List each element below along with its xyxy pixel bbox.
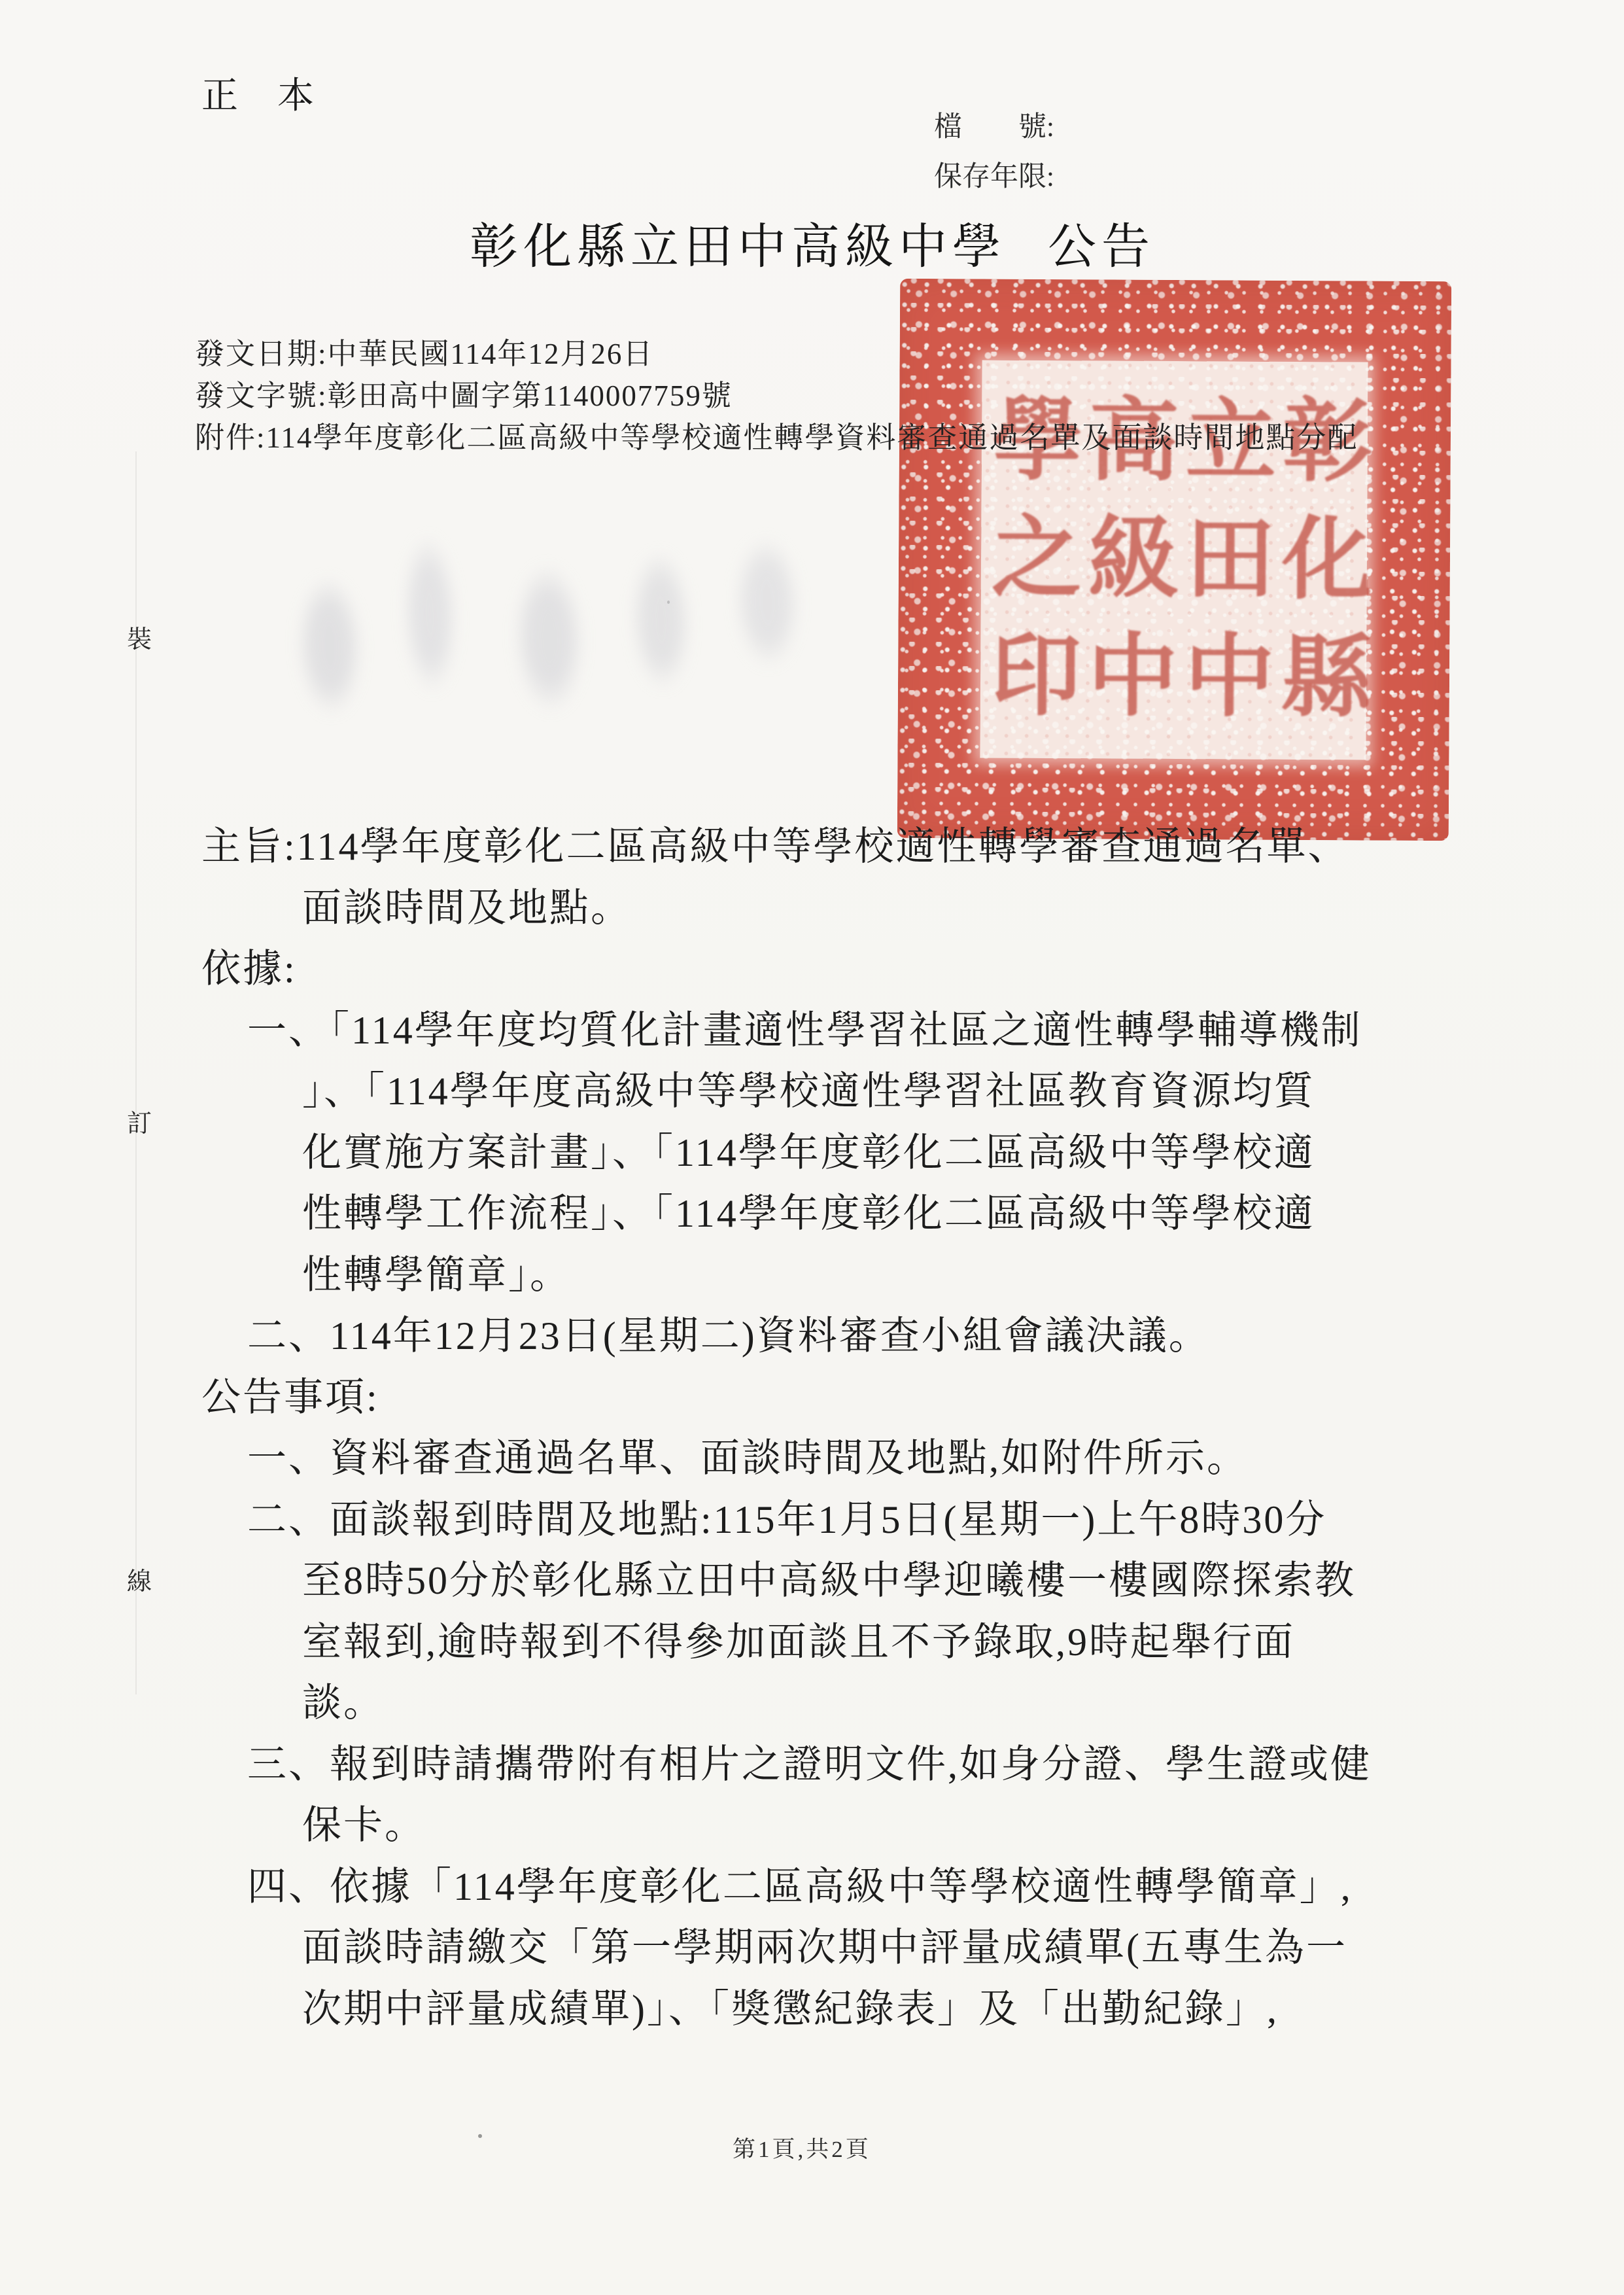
body-line: 性轉學工作流程」、「114學年度彰化二區高級中等學校適 bbox=[0, 1183, 1624, 1245]
document-title: 彰化縣立田中高級中學公告 bbox=[470, 208, 1155, 277]
body-line: 性轉學簡章」。 bbox=[0, 1245, 1624, 1306]
document-type: 公告 bbox=[1048, 220, 1155, 274]
body-line: 」、「114學年度高級中等學校適性學習社區教育資源均質 bbox=[0, 1061, 1624, 1123]
body-line: 面談時間及地點。 bbox=[0, 878, 1624, 939]
copy-type-label: 正 本 bbox=[201, 67, 315, 119]
body-line: 化實施方案計畫」、「114學年度彰化二區高級中等學校適 bbox=[0, 1123, 1624, 1184]
body-line: 次期中評量成績單)」、「獎懲紀錄表」及「出勤紀錄」, bbox=[0, 1979, 1624, 2041]
binding-mark-zhuang: 裝 bbox=[127, 619, 152, 655]
body-line: 面談時請繳交「第一學期兩次期中評量成績單(五專生為一 bbox=[0, 1918, 1624, 1979]
body-line: 二、面談報到時間及地點:115年1月5日(星期一)上午8時30分 bbox=[0, 1490, 1624, 1551]
body-line: 四、依據「114學年度彰化二區高級中等學校適性轉學簡章」, bbox=[0, 1857, 1624, 1918]
body-line: 公告事項: bbox=[0, 1367, 1624, 1429]
body-line: 主旨:114學年度彰化二區高級中等學校適性轉學審查通過名單、 bbox=[0, 816, 1624, 878]
body-line: 二、114年12月23日(星期二)資料審查小組會議決議。 bbox=[0, 1306, 1624, 1367]
announcement-document-page: 正 本 檔 號: 保存年限: 彰化縣立田中高級中學公告 發文日期:中華民國114… bbox=[0, 0, 1624, 2295]
attachment-line: 附件:114學年度彰化二區高級中等學校適性轉學資料審查通過名單及面談時間地點分配 bbox=[195, 413, 1358, 456]
official-seal-stamp: 彰化縣立田中高級中學之印 bbox=[897, 279, 1451, 841]
issue-date-line: 發文日期:中華民國114年12月26日 bbox=[195, 330, 653, 372]
body-line: 一、「114學年度均質化計畫適性學習社區之適性轉學輔導機制 bbox=[0, 1000, 1624, 1062]
body-line: 三、報到時請攜帶附有相片之證明文件,如身分證、學生證或健 bbox=[0, 1734, 1624, 1796]
body-line: 依據: bbox=[0, 939, 1624, 1000]
issuing-organization: 彰化縣立田中高級中學 bbox=[470, 220, 1006, 274]
document-body: 主旨:114學年度彰化二區高級中等學校適性轉學審查通過名單、 面談時間及地點。 … bbox=[0, 816, 1624, 2040]
file-number-label: 檔 號: bbox=[934, 105, 1054, 145]
body-line: 至8時50分於彰化縣立田中高級中學迎曦樓一樓國際探索教 bbox=[0, 1550, 1624, 1612]
body-line: 室報到,逾時報到不得參加面談且不予錄取,9時起舉行面 bbox=[0, 1612, 1624, 1673]
scan-speck bbox=[478, 2134, 482, 2138]
bleedthrough-ghost-text bbox=[257, 473, 829, 775]
retention-period-label: 保存年限: bbox=[934, 154, 1054, 194]
body-line: 保卡。 bbox=[0, 1795, 1624, 1857]
doc-number-line: 發文字號:彰田高中圖字第1140007759號 bbox=[195, 372, 733, 414]
body-line: 談。 bbox=[0, 1673, 1624, 1734]
page-number-footer: 第1頁,共2頁 bbox=[733, 2131, 871, 2164]
body-line: 一、資料審查通過名單、面談時間及地點,如附件所示。 bbox=[0, 1428, 1624, 1490]
